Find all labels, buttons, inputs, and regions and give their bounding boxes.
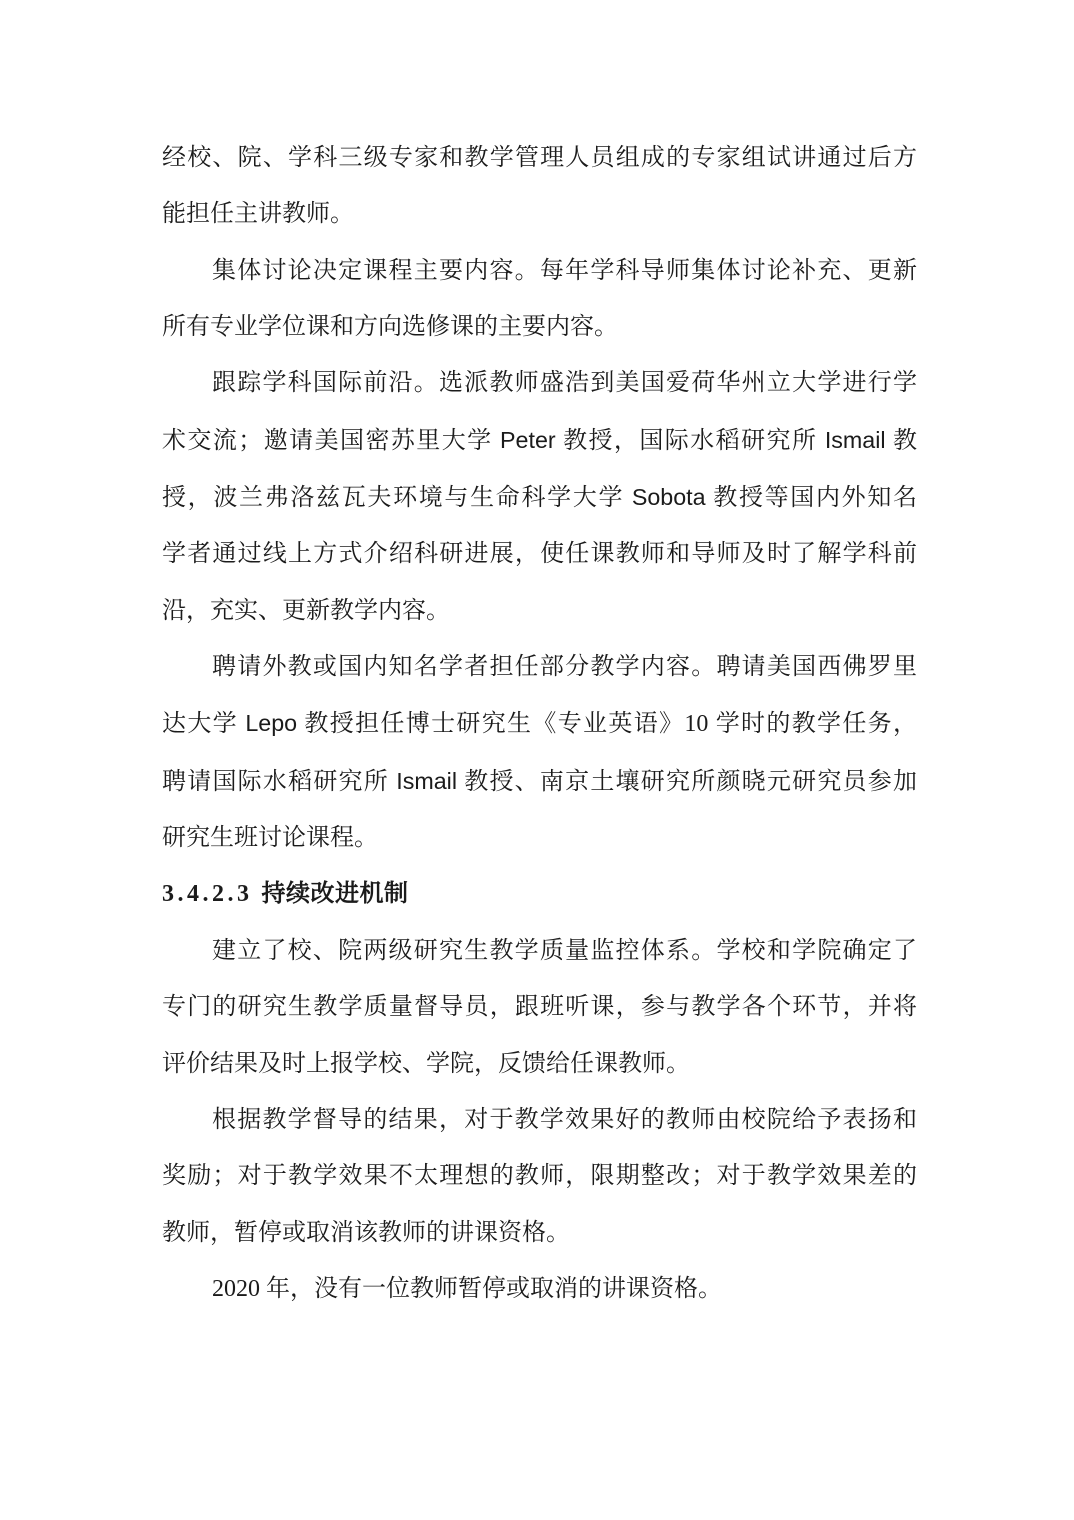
section-heading-title: 持续改进机制 — [262, 880, 409, 907]
latin-text: Lepo — [245, 710, 297, 736]
latin-text: Ismail — [396, 768, 457, 794]
paragraph: 2020 年，没有一位教师暂停或取消的讲课资格。 — [162, 1261, 917, 1317]
text-line: 研究生班讨论课程。 — [162, 810, 917, 866]
text-line: 所有专业学位课和方向选修课的主要内容。 — [162, 299, 917, 355]
text-line: 评价结果及时上报学校、学院，反馈给任课教师。 — [162, 1036, 917, 1092]
text-line: 授，波兰弗洛兹瓦夫环境与生命科学大学 Sobota 教授等国内外知名 — [162, 469, 917, 526]
latin-text: Peter — [500, 427, 556, 453]
paragraph: 集体讨论决定课程主要内容。每年学科导师集体讨论补充、更新所有专业学位课和方向选修… — [162, 243, 917, 356]
text-line: 聘请国际水稻研究所 Ismail 教授、南京土壤研究所颜晓元研究员参加 — [162, 753, 917, 810]
text-line: 集体讨论决定课程主要内容。每年学科导师集体讨论补充、更新 — [162, 243, 917, 299]
document-body: 经校、院、学科三级专家和教学管理人员组成的专家组试讲通过后方能担任主讲教师。集体… — [162, 130, 917, 1317]
document-page: 经校、院、学科三级专家和教学管理人员组成的专家组试讲通过后方能担任主讲教师。集体… — [0, 0, 1074, 1520]
paragraph: 聘请外教或国内知名学者担任部分教学内容。聘请美国西佛罗里达大学 Lepo 教授担… — [162, 639, 917, 866]
paragraph: 经校、院、学科三级专家和教学管理人员组成的专家组试讲通过后方能担任主讲教师。 — [162, 130, 917, 243]
latin-text: Sobota — [632, 484, 706, 510]
text-line: 教师，暂停或取消该教师的讲课资格。 — [162, 1205, 917, 1261]
text-line: 2020 年，没有一位教师暂停或取消的讲课资格。 — [162, 1261, 917, 1317]
text-line: 能担任主讲教师。 — [162, 186, 917, 242]
text-line: 跟踪学科国际前沿。选派教师盛浩到美国爱荷华州立大学进行学 — [162, 355, 917, 411]
paragraph: 建立了校、院两级研究生教学质量监控体系。学校和学院确定了专门的研究生教学质量督导… — [162, 923, 917, 1092]
text-line: 专门的研究生教学质量督导员，跟班听课，参与教学各个环节，并将 — [162, 979, 917, 1035]
text-line: 聘请外教或国内知名学者担任部分教学内容。聘请美国西佛罗里 — [162, 639, 917, 695]
text-line: 沿，充实、更新教学内容。 — [162, 583, 917, 639]
section-heading-number: 3.4.2.3 — [162, 881, 253, 907]
text-line: 经校、院、学科三级专家和教学管理人员组成的专家组试讲通过后方 — [162, 130, 917, 186]
text-line: 达大学 Lepo 教授担任博士研究生《专业英语》10 学时的教学任务， — [162, 695, 917, 752]
paragraph: 跟踪学科国际前沿。选派教师盛浩到美国爱荷华州立大学进行学术交流；邀请美国密苏里大… — [162, 355, 917, 639]
text-line: 术交流；邀请美国密苏里大学 Peter 教授，国际水稻研究所 Ismail 教 — [162, 412, 917, 469]
latin-text: Ismail — [825, 427, 886, 453]
section-heading: 3.4.2.3持续改进机制 — [162, 866, 917, 922]
text-line: 建立了校、院两级研究生教学质量监控体系。学校和学院确定了 — [162, 923, 917, 979]
text-line: 奖励；对于教学效果不太理想的教师，限期整改；对于教学效果差的 — [162, 1148, 917, 1204]
text-line: 根据教学督导的结果，对于教学效果好的教师由校院给予表扬和 — [162, 1092, 917, 1148]
paragraph: 根据教学督导的结果，对于教学效果好的教师由校院给予表扬和奖励；对于教学效果不太理… — [162, 1092, 917, 1261]
text-line: 学者通过线上方式介绍科研进展，使任课教师和导师及时了解学科前 — [162, 526, 917, 582]
